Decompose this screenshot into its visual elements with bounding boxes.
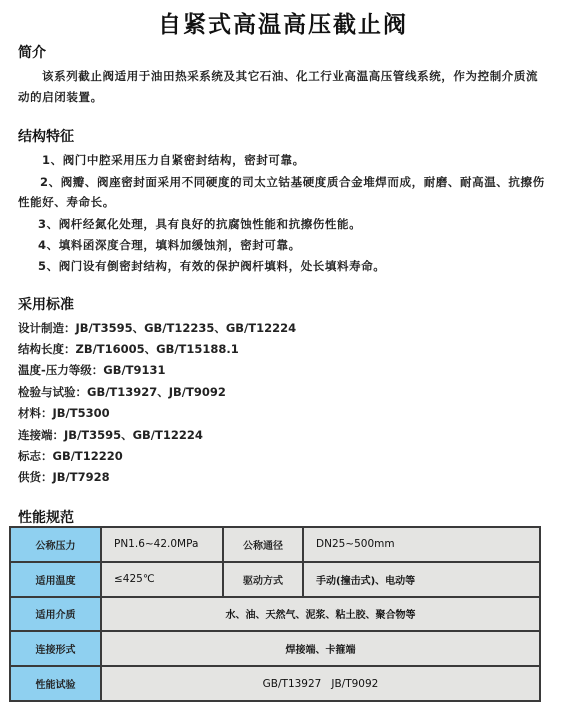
intro-line-2: 动的启闭装置。 [18,89,103,105]
spec-value: GB/T13927 JB/T9092 [101,666,540,701]
standard-item: 设计制造：JB/T3595、GB/T12235、GB/T12224 [18,320,296,336]
feature-item-4: 4、填料函深度合理，填料加缓蚀剂，密封可靠。 [38,237,301,253]
table-row: 公称压力 PN1.6~42.0MPa 公称通径 DN25~500mm [10,527,540,562]
table-row: 连接形式 焊接端、卡箍端 [10,631,540,666]
feature-item-1: 1、阀门中腔采用压力自紧密封结构，密封可靠。 [42,152,305,168]
standard-item: 标志：GB/T12220 [18,448,123,464]
spec-table: 公称压力 PN1.6~42.0MPa 公称通径 DN25~500mm 适用温度 … [9,526,541,702]
standard-item: 供货：JB/T7928 [18,469,110,485]
spec-value: 水、油、天然气、泥浆、粘土胶、聚合物等 [101,597,540,632]
spec-label: 适用介质 [10,597,101,632]
spec-label: 公称压力 [10,527,101,562]
feature-item-2: 2、阀瓣、阀座密封面采用不同硬度的司太立钴基硬度质合金堆焊而成，耐磨、耐高温、抗… [40,174,545,190]
table-row: 性能试验 GB/T13927 JB/T9092 [10,666,540,701]
spec-label: 适用温度 [10,562,101,597]
feature-item-5: 5、阀门设有倒密封结构，有效的保护阀杆填料，处长填料寿命。 [38,258,385,274]
table-row: 适用介质 水、油、天然气、泥浆、粘土胶、聚合物等 [10,597,540,632]
spec-value: 焊接端、卡箍端 [101,631,540,666]
standard-item: 结构长度：ZB/T16005、GB/T15188.1 [18,341,239,357]
intro-heading: 简介 [18,42,46,62]
spec-label: 连接形式 [10,631,101,666]
features-heading: 结构特征 [18,126,74,146]
feature-item-3: 3、阀杆经氮化处理，具有良好的抗腐蚀性能和抗擦伤性能。 [38,216,361,232]
page-title: 自紧式高温高压截止阀 [0,6,566,39]
spec-value: ≤425℃ [101,562,223,597]
standard-item: 温度-压力等级：GB/T9131 [18,362,166,378]
spec-key: 驱动方式 [223,562,303,597]
spec-heading: 性能规范 [18,507,74,527]
standard-item: 材料：JB/T5300 [18,405,110,421]
standards-heading: 采用标准 [18,294,74,314]
standard-item: 检验与试验：GB/T13927、JB/T9092 [18,384,226,400]
spec-label: 性能试验 [10,666,101,701]
spec-value: 手动(撞击式)、电动等 [303,562,540,597]
spec-value: PN1.6~42.0MPa [101,527,223,562]
feature-item-2-cont: 性能好、寿命长。 [18,194,115,210]
spec-value: DN25~500mm [303,527,540,562]
intro-line-1: 该系列截止阀适用于油田热采系统及其它石油、化工行业高温高压管线系统，作为控制介质… [42,68,538,84]
table-row: 适用温度 ≤425℃ 驱动方式 手动(撞击式)、电动等 [10,562,540,597]
standard-item: 连接端：JB/T3595、GB/T12224 [18,427,203,443]
spec-key: 公称通径 [223,527,303,562]
